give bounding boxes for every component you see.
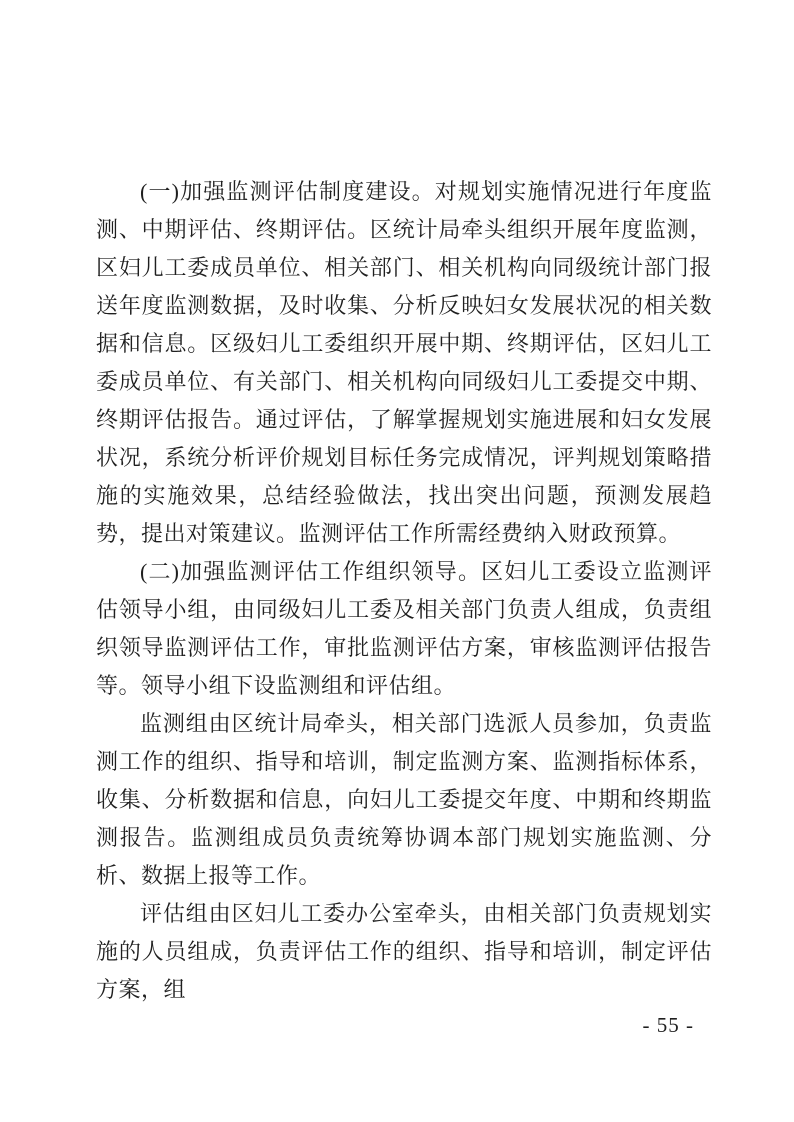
paragraph: 评估组由区妇儿工委办公室牵头，由相关部门负责规划实施的人员组成，负责评估工作的组…	[96, 895, 712, 1009]
paragraph: (二)加强监测评估工作组织领导。区妇儿工委设立监测评估领导小组，由同级妇儿工委及…	[96, 553, 712, 705]
paragraph: 监测组由区统计局牵头，相关部门选派人员参加，负责监测工作的组织、指导和培训，制定…	[96, 705, 712, 895]
document-page: (一)加强监测评估制度建设。对规划实施情况进行年度监测、中期评估、终期评估。区统…	[0, 0, 794, 1122]
document-body: (一)加强监测评估制度建设。对规划实施情况进行年度监测、中期评估、终期评估。区统…	[96, 173, 712, 1009]
page-footer: - 55 -	[643, 1012, 695, 1038]
page-number: - 55 -	[643, 1013, 695, 1037]
paragraph: (一)加强监测评估制度建设。对规划实施情况进行年度监测、中期评估、终期评估。区统…	[96, 173, 712, 553]
